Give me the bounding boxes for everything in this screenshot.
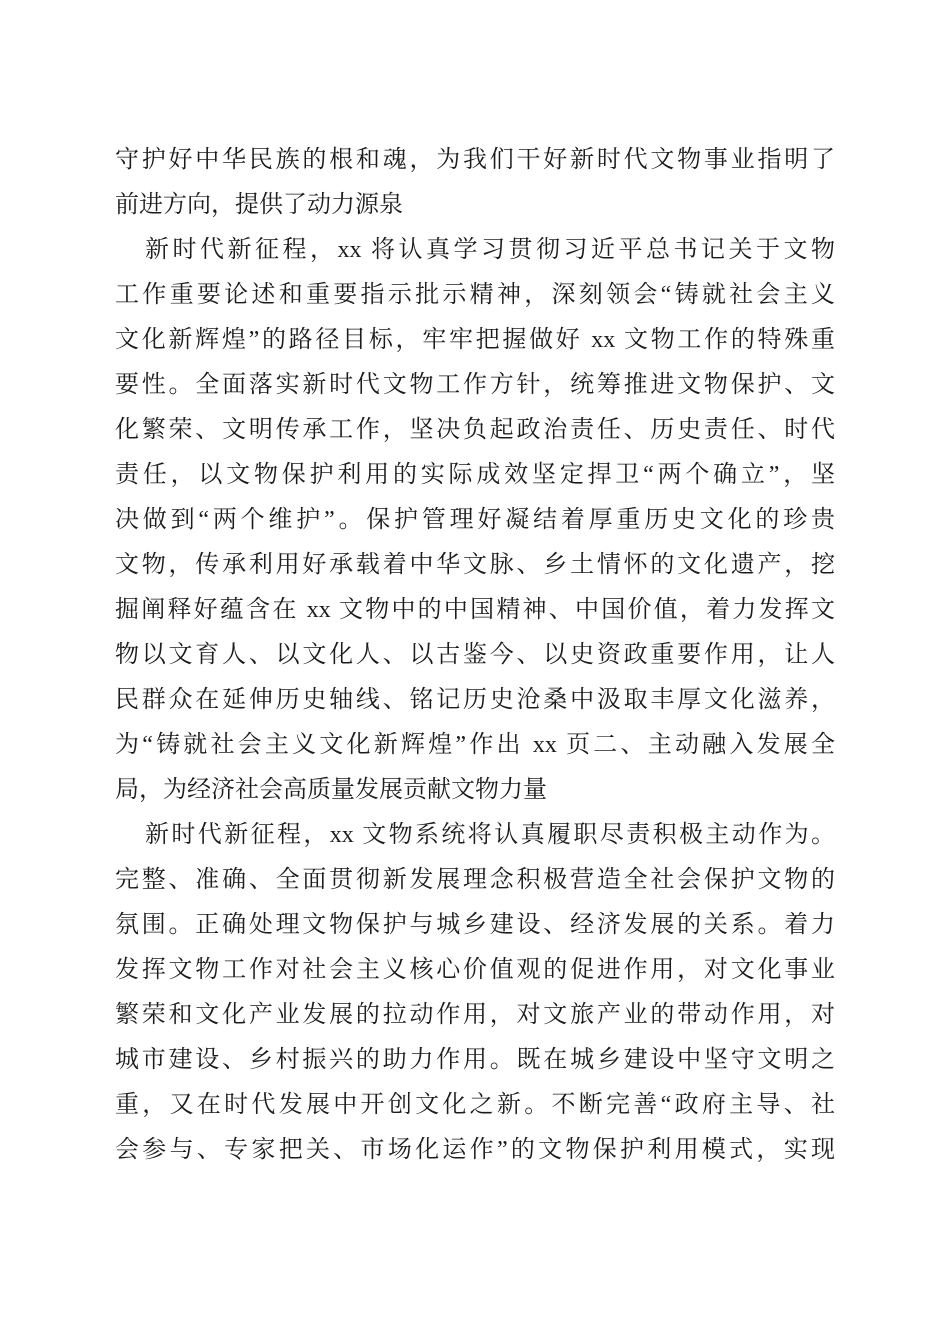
text-line: 决做到“两个维护”。保护管理好凝结着厚重历史文化的珍贵 [115, 498, 835, 543]
text-line: 会参与、专家把关、市场化运作”的文物保护利用模式，实现 [115, 1128, 835, 1173]
text-line: 掘阐释好蕴含在 xx 文物中的中国精神、中国价值，着力发挥文 [115, 588, 835, 633]
text-line: 完整、准确、全面贯彻新发展理念积极营造全社会保护文物的 [115, 858, 835, 903]
text-line: 发挥文物工作对社会主义核心价值观的促进作用，对文化事业 [115, 948, 835, 993]
text-line: 文化新辉煌”的路径目标，牢牢把握做好 xx 文物工作的特殊重 [115, 318, 835, 363]
document-text-block: 守护好中华民族的根和魂，为我们干好新时代文物事业指明了前进方向，提供了动力源泉新… [115, 138, 835, 1173]
text-line: 新时代新征程，xx 文物系统将认真履职尽责积极主动作为。 [115, 813, 835, 858]
text-line: 责任，以文物保护利用的实际成效坚定捍卫“两个确立”，坚 [115, 453, 835, 498]
document-page: 守护好中华民族的根和魂，为我们干好新时代文物事业指明了前进方向，提供了动力源泉新… [0, 0, 950, 1344]
text-line: 重，又在时代发展中开创文化之新。不断完善“政府主导、社 [115, 1083, 835, 1128]
text-line: 新时代新征程，xx 将认真学习贯彻习近平总书记关于文物 [115, 228, 835, 273]
text-line: 前进方向，提供了动力源泉 [115, 183, 835, 228]
text-line: 物以文育人、以文化人、以古鉴今、以史资政重要作用，让人 [115, 633, 835, 678]
text-line: 文物，传承利用好承载着中华文脉、乡土情怀的文化遗产，挖 [115, 543, 835, 588]
text-line: 繁荣和文化产业发展的拉动作用，对文旅产业的带动作用，对 [115, 993, 835, 1038]
text-line: 民群众在延伸历史轴线、铭记历史沧桑中汲取丰厚文化滋养， [115, 678, 835, 723]
text-line: 工作重要论述和重要指示批示精神，深刻领会“铸就社会主义 [115, 273, 835, 318]
text-line: 局，为经济社会高质量发展贡献文物力量 [115, 768, 835, 813]
text-line: 要性。全面落实新时代文物工作方针，统筹推进文物保护、文 [115, 363, 835, 408]
text-line: 为“铸就社会主义文化新辉煌”作出 xx 页二、主动融入发展全 [115, 723, 835, 768]
text-line: 氛围。正确处理文物保护与城乡建设、经济发展的关系。着力 [115, 903, 835, 948]
text-line: 守护好中华民族的根和魂，为我们干好新时代文物事业指明了 [115, 138, 835, 183]
text-line: 化繁荣、文明传承工作，坚决负起政治责任、历史责任、时代 [115, 408, 835, 453]
text-line: 城市建设、乡村振兴的助力作用。既在城乡建设中坚守文明之 [115, 1038, 835, 1083]
